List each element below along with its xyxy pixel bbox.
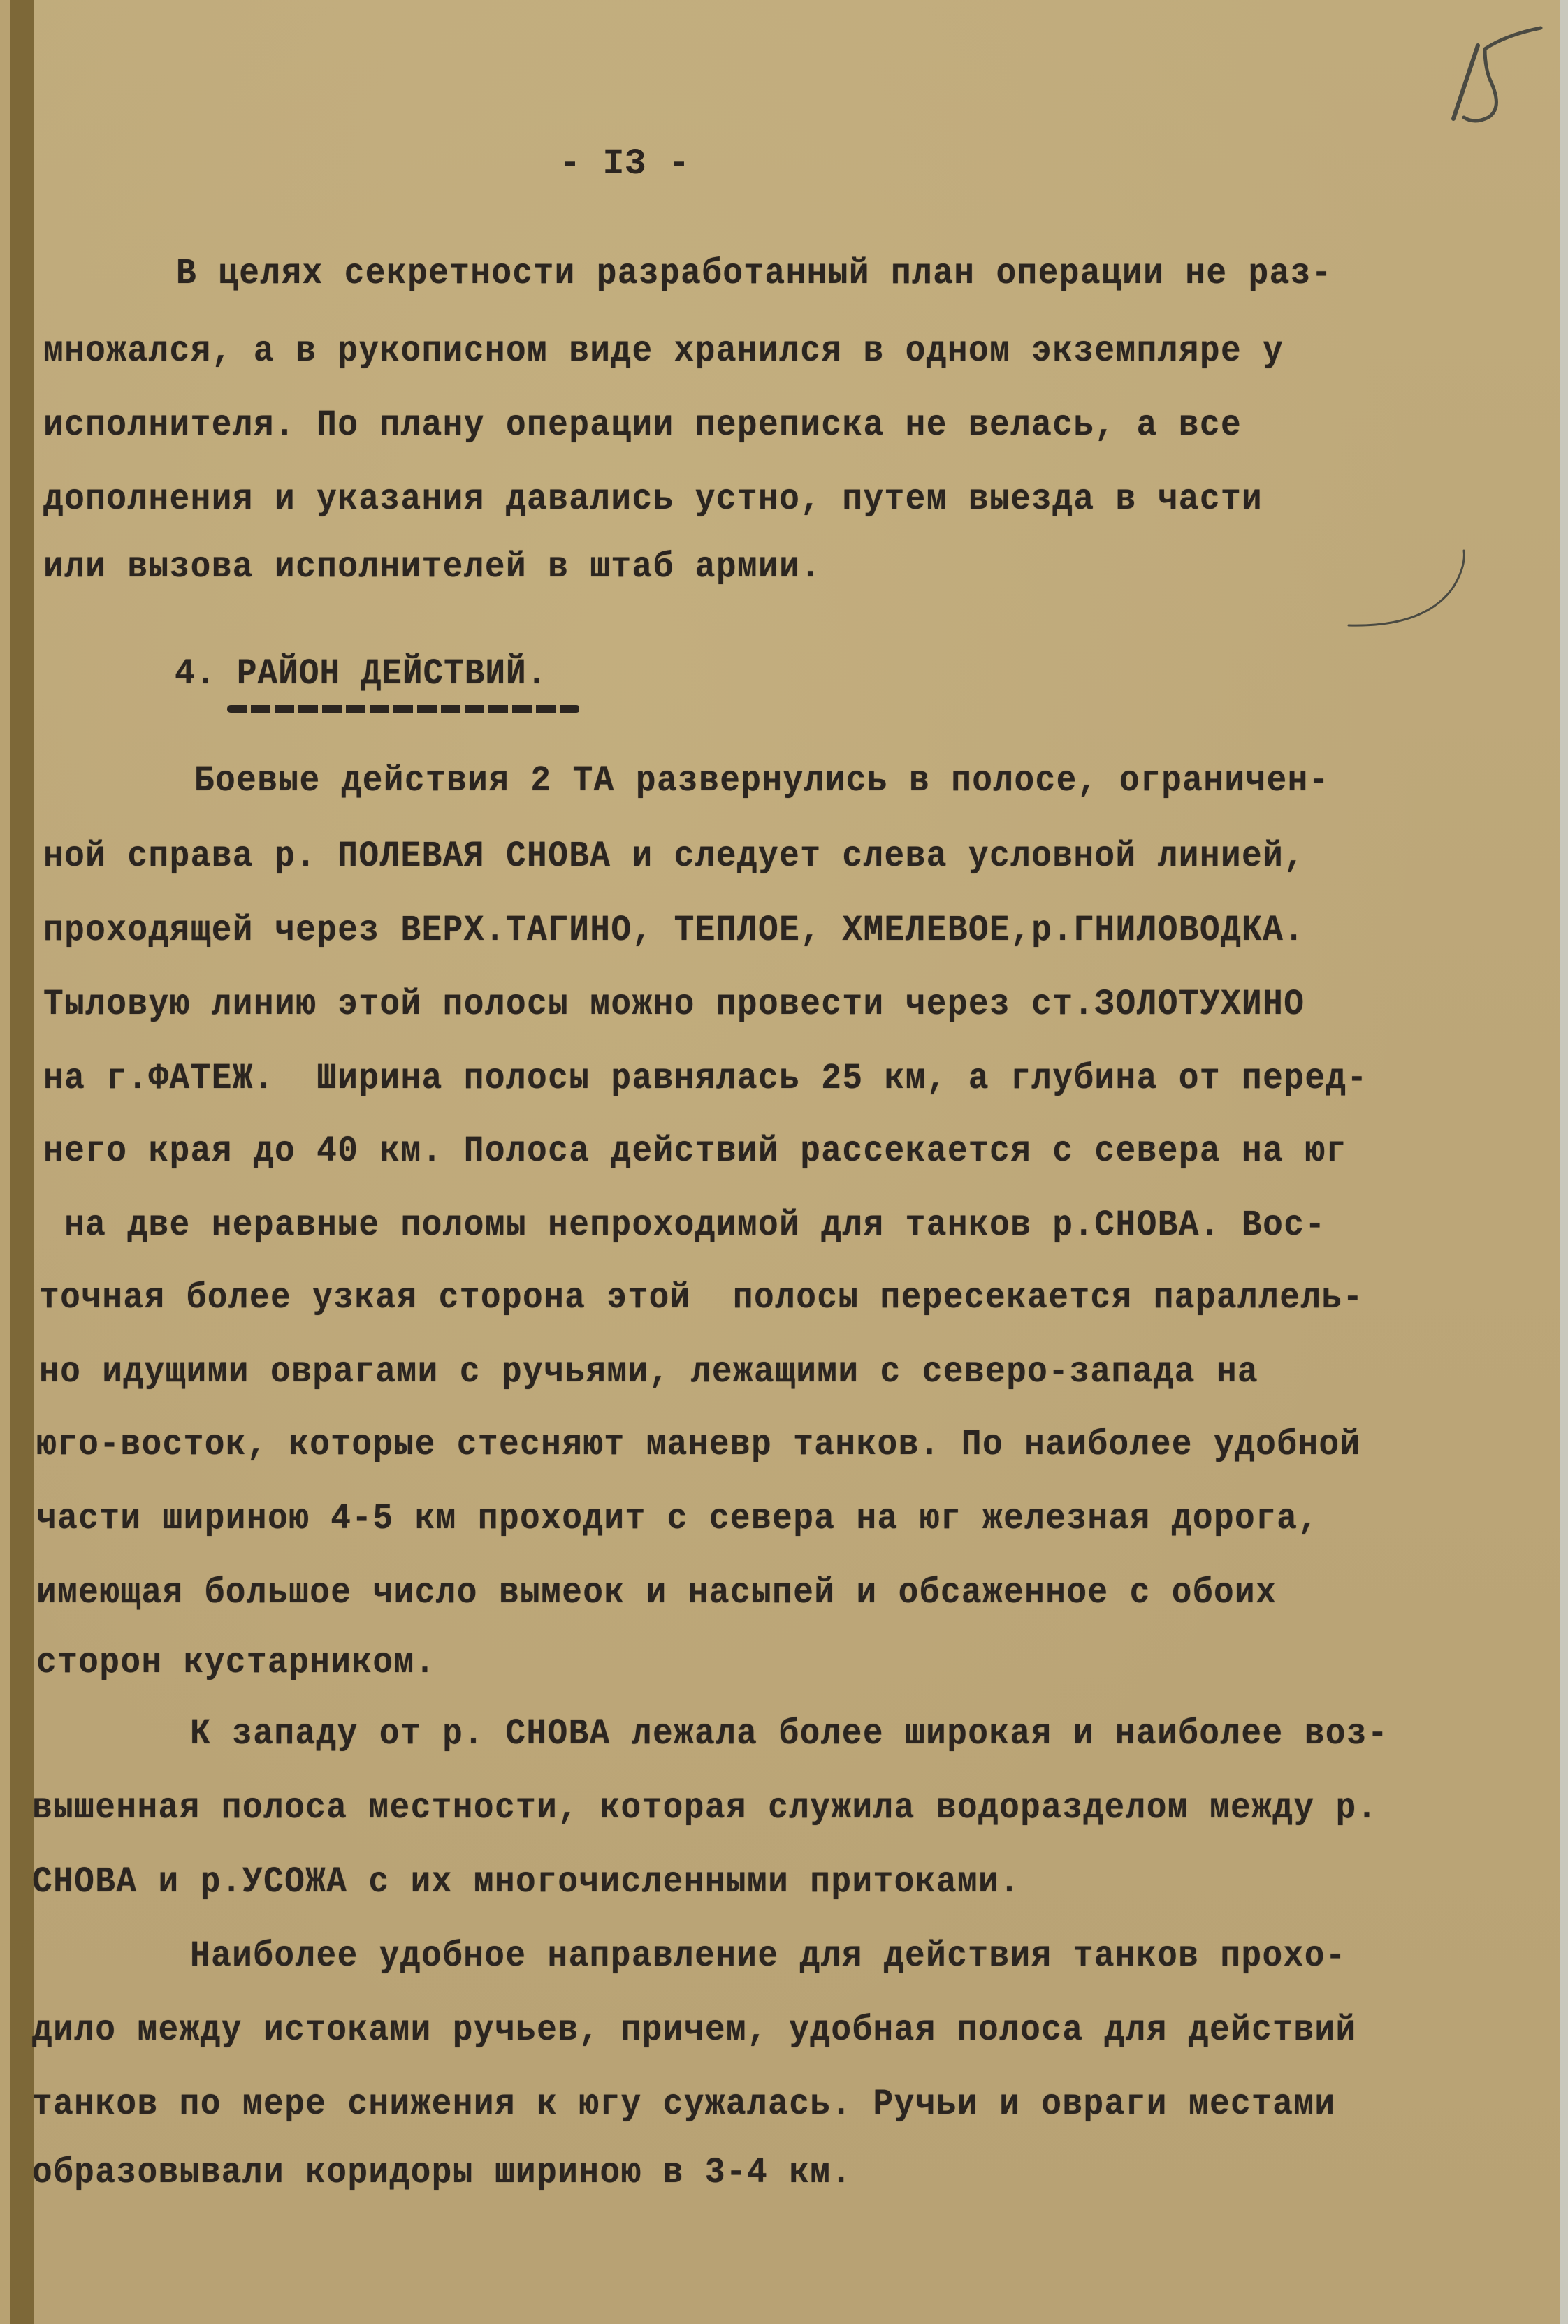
binding-edge-light (0, 0, 10, 2324)
text-line: СНОВА и р.УСОЖА с их многочисленными при… (32, 1861, 1020, 1903)
page-right-edge (1560, 0, 1568, 2324)
text-line: на г.ФАТЕЖ. Ширина полосы равнялась 25 к… (43, 1058, 1368, 1100)
binding-strip (10, 0, 34, 2324)
text-line: на две неравные поломы непроходимой для … (43, 1205, 1326, 1247)
text-line: имеющая большое число вымеок и насыпей и… (36, 1572, 1277, 1614)
pencil-check-mark (1342, 545, 1481, 636)
text-line: исполнителя. По плану операции переписка… (43, 405, 1242, 446)
text-line: или вызова исполнителей в штаб армии. (43, 546, 821, 588)
text-line: точная более узкая сторона этой полосы п… (39, 1277, 1364, 1319)
text-line: дило между истоками ручьев, причем, удоб… (32, 2010, 1357, 2051)
section-heading: 4. РАЙОН ДЕЙСТВИЙ. (175, 653, 547, 695)
heading-underline (227, 705, 580, 713)
handwritten-sheet-number (1436, 21, 1562, 126)
text-line: сторон кустарником. (36, 1642, 436, 1684)
text-line: Наиболее удобное направление для действи… (190, 1936, 1346, 1977)
text-line: части шириною 4-5 км проходит с севера н… (36, 1498, 1319, 1540)
text-line: дополнения и указания давались устно, пу… (43, 479, 1263, 521)
text-line: вышенная полоса местности, которая служи… (32, 1787, 1378, 1829)
text-line: Боевые действия 2 ТА развернулись в поло… (194, 760, 1330, 802)
page-number: - I3 - (559, 143, 690, 185)
text-line: множался, а в рукописном виде хранился в… (43, 331, 1284, 372)
text-line: ной справа р. ПОЛЕВАЯ СНОВА и следует сл… (43, 836, 1305, 878)
text-line: К западу от р. СНОВА лежала более широка… (190, 1713, 1388, 1755)
text-line: но идущими оврагами с ручьями, лежащими … (39, 1351, 1258, 1393)
text-line: проходящей через ВЕРХ.ТАГИНО, ТЕПЛОЕ, ХМ… (43, 910, 1305, 952)
text-line: него края до 40 км. Полоса действий расс… (43, 1131, 1347, 1172)
document-page: - I3 - В целях секретности разработанный… (0, 0, 1568, 2324)
text-line: юго-восток, которые стесняют маневр танк… (36, 1424, 1361, 1466)
text-line: Тыловую линию этой полосы можно провести… (43, 984, 1305, 1026)
text-line: образовывали коридоры шириною в 3-4 км. (32, 2152, 852, 2194)
text-line: В целях секретности разработанный план о… (176, 253, 1333, 295)
text-line: танков по мере снижения к югу сужалась. … (32, 2084, 1336, 2126)
